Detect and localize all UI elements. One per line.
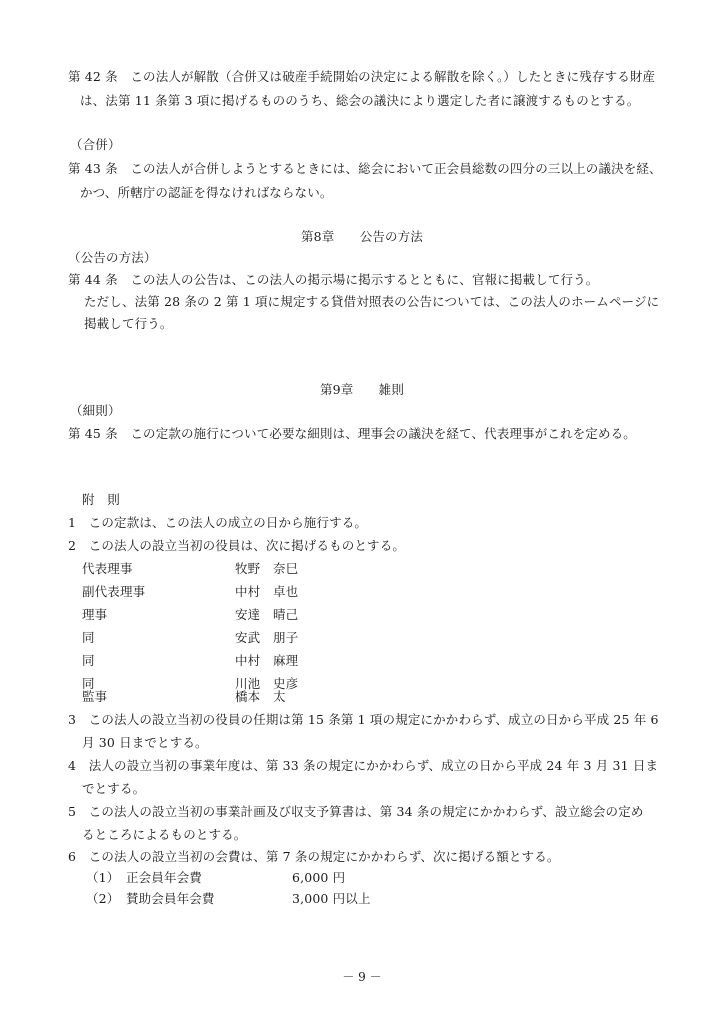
article-44-line-2: ただし、法第 28 条の 2 第 1 項に規定する貸借対照表の公告については、こ… bbox=[84, 294, 659, 310]
supplementary-heading: 附 則 bbox=[82, 492, 120, 508]
fee-number: （2） bbox=[86, 891, 119, 907]
officer-role: 同 bbox=[82, 630, 95, 646]
article-43-line-1: 第 43 条 この法人が合併しようとするときには、総会において正会員総数の四分の… bbox=[68, 161, 662, 177]
officer-name: 牧野 奈巳 bbox=[235, 561, 298, 577]
article-45-heading: （細則） bbox=[70, 403, 121, 419]
officer-role: 代表理事 bbox=[82, 561, 133, 577]
officer-role: 理事 bbox=[82, 607, 107, 623]
article-44-line-3: 掲載して行う。 bbox=[84, 316, 173, 332]
supplementary-item-4-line-2: でとする。 bbox=[82, 781, 145, 797]
fee-label: 賛助会員年会費 bbox=[126, 891, 215, 907]
officer-role: 監事 bbox=[82, 689, 107, 705]
officer-role: 副代表理事 bbox=[82, 584, 145, 600]
supplementary-item-5-line-1: 5 この法人の設立当初の事業計画及び収支予算書は、第 34 条の規定にかかわらず… bbox=[68, 804, 644, 820]
supplementary-item-3-line-2: 月 30 日までとする。 bbox=[82, 735, 208, 751]
fee-label: 正会員年会費 bbox=[126, 870, 202, 886]
chapter-9-title: 第9章 雑則 bbox=[0, 382, 724, 398]
officer-name: 橋本 太 bbox=[235, 689, 286, 705]
officer-name: 中村 麻理 bbox=[235, 653, 298, 669]
supplementary-item-3-line-1: 3 この法人の設立当初の役員の任期は第 15 条第 1 項の規定にかかわらず、成… bbox=[68, 712, 659, 728]
supplementary-item-1: 1 この定款は、この法人の成立の日から施行する。 bbox=[68, 515, 367, 531]
officer-name: 中村 卓也 bbox=[235, 584, 298, 600]
article-44-heading: （公告の方法） bbox=[68, 250, 157, 266]
article-45-line-1: 第 45 条 この定款の施行について必要な細則は、理事会の議決を経て、代表理事が… bbox=[68, 426, 636, 442]
supplementary-item-6-line-1: 6 この法人の設立当初の会費は、第 7 条の規定にかかわらず、次に掲げる額とする… bbox=[68, 849, 560, 865]
fee-amount: 6,000 円 bbox=[292, 870, 345, 886]
article-44-line-1: 第 44 条 この法人の公告は、この法人の掲示場に掲示するとともに、官報に掲載し… bbox=[68, 272, 598, 288]
supplementary-item-5-line-2: るところによるものとする。 bbox=[82, 827, 246, 843]
page-number: － 9 － bbox=[0, 968, 724, 985]
article-42-line-2: は、法第 11 条第 3 項に掲げるもののうち、総会の議決により選定した者に譲渡… bbox=[80, 93, 639, 109]
fee-amount: 3,000 円以上 bbox=[292, 891, 371, 907]
article-43-heading: （合併） bbox=[70, 137, 121, 153]
supplementary-item-4-line-1: 4 法人の設立当初の事業年度は、第 33 条の規定にかかわらず、成立の日から平成… bbox=[68, 758, 658, 774]
article-42-line-1: 第 42 条 この法人が解散（合併又は破産手続開始の決定による解散を除く。）した… bbox=[68, 69, 655, 85]
chapter-8-title: 第8章 公告の方法 bbox=[0, 229, 724, 245]
article-43-line-2: かつ、所轄庁の認証を得なければならない。 bbox=[80, 185, 333, 201]
fee-number: （1） bbox=[86, 870, 119, 886]
officer-role: 同 bbox=[82, 653, 95, 669]
supplementary-item-2: 2 この法人の設立当初の役員は、次に掲げるものとする。 bbox=[68, 538, 405, 554]
officer-name: 安武 朋子 bbox=[235, 630, 298, 646]
officer-name: 安達 晴己 bbox=[235, 607, 298, 623]
